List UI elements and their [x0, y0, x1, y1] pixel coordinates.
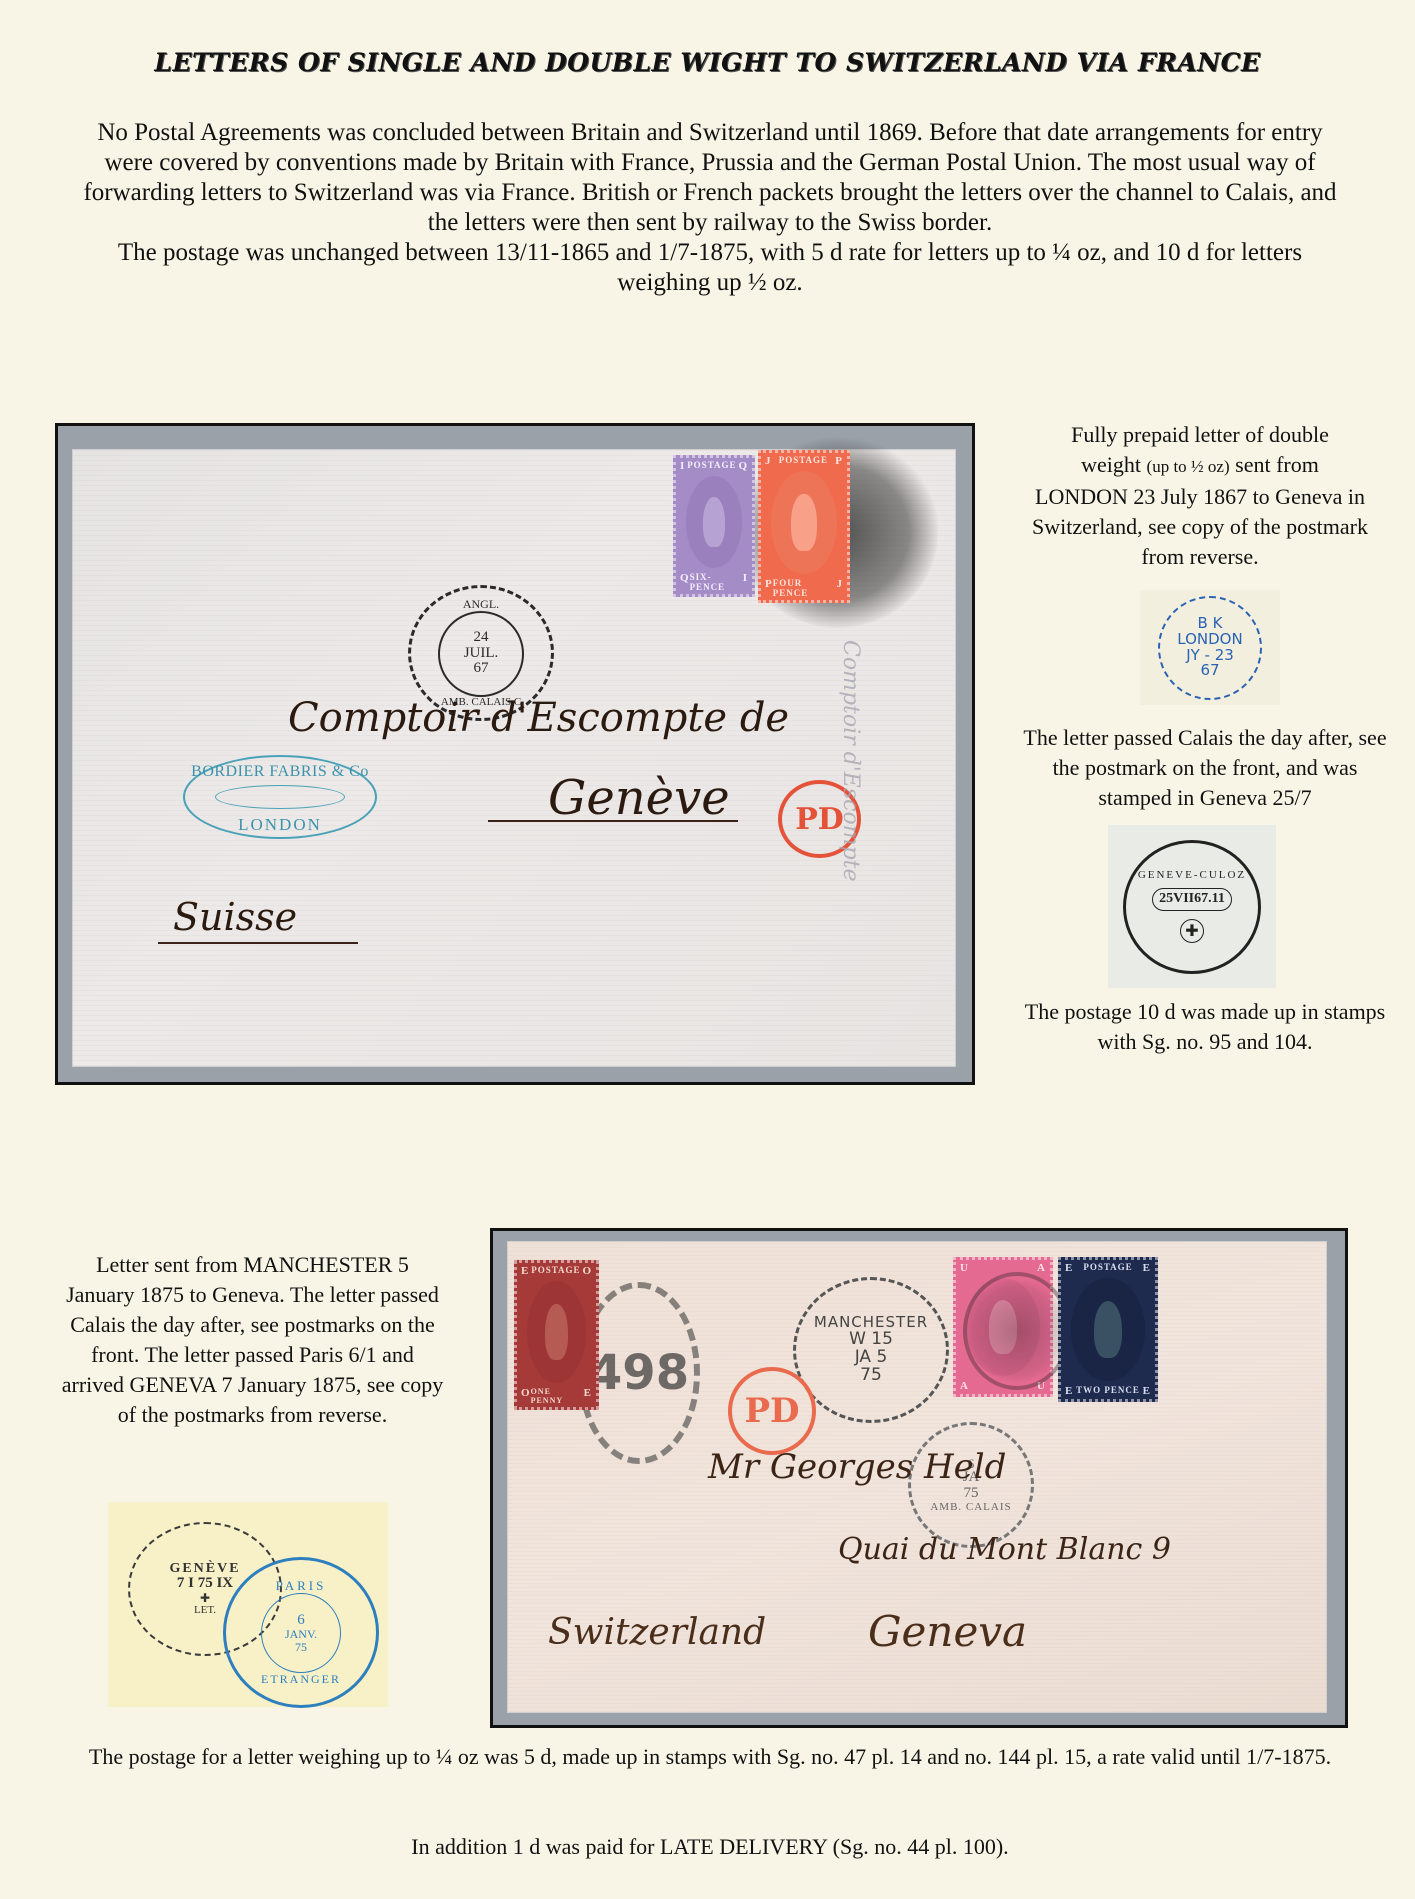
cover-2-postage-note: The postage for a letter weighing up to …	[80, 1742, 1340, 1772]
cover-1-envelope: IPOSTAGEQ QSIX-PENCEI JPOSTAGEP PFOUR PE…	[72, 449, 956, 1067]
intro-paragraph-2: The postage was unchanged between 13/11-…	[80, 238, 1340, 298]
stamp-one-penny-red: EPOSTAGEO OONE PENNYE	[514, 1260, 599, 1410]
stamp-two-pence-blue: EPOSTAGEE ETWO PENCEE	[1058, 1257, 1158, 1402]
queen-portrait-icon	[771, 471, 837, 574]
cover-2-description: Letter sent from MANCHESTER 5 January 18…	[60, 1250, 445, 1430]
late-delivery-note: In addition 1 d was paid for LATE DELIVE…	[80, 1832, 1340, 1862]
pencil-notes: Comptoir d'Escompte	[838, 640, 863, 882]
paris-etranger-postmark: PARIS 6 JANV. 75 ETRANGER	[223, 1557, 379, 1708]
queen-portrait-icon	[686, 476, 742, 568]
cover-1-description: Fully prepaid letter of double weight (u…	[1000, 420, 1400, 572]
queen-portrait-icon	[1071, 1278, 1145, 1381]
cover-2-street: Quai du Mont Blanc 9	[838, 1532, 1171, 1567]
country-underline	[158, 942, 358, 944]
sender-cachet: BORDIER FABRIS & Co LONDON	[183, 755, 377, 839]
swiss-cross-icon: ✚	[200, 1592, 210, 1605]
stamp-four-pence-vermilion: JPOSTAGEP PFOUR PENCEJ	[758, 450, 850, 603]
cover-2-addressee: Mr Georges Held	[708, 1447, 1006, 1487]
swiss-cross-icon: ✚	[1180, 919, 1204, 943]
cover-1-address-line-2: Genève	[548, 770, 730, 826]
cover-1-frame: IPOSTAGEQ QSIX-PENCEI JPOSTAGEP PFOUR PE…	[55, 423, 975, 1085]
address-underline	[488, 820, 738, 822]
stamp-six-pence-lilac: IPOSTAGEQ QSIX-PENCEI	[673, 455, 755, 597]
pd-mark: PD	[728, 1367, 816, 1455]
cover-2-city: Geneva	[868, 1607, 1027, 1656]
reverse-london-postmark-image: B K LONDON JY - 23 67	[1140, 590, 1280, 705]
rose-stamp-cancel	[963, 1272, 1071, 1390]
london-postmark: B K LONDON JY - 23 67	[1158, 596, 1262, 700]
cover-2-frame: 498 EPOSTAGEO OONE PENNYE MANCHESTER W 1…	[490, 1228, 1348, 1728]
cover-1-calais-note: The letter passed Calais the day after, …	[1005, 723, 1405, 813]
geneve-culoz-postmark: GENEVE-CULOZ 25VII67.11 ✚	[1123, 840, 1261, 974]
reverse-geneve-paris-postmarks-image: GENÈVE 7 I 75 IX ✚ LET. PARIS 6 JANV. 75…	[108, 1502, 388, 1707]
cover-1-address-line-1: Comptoir d'Escompte de	[288, 695, 789, 741]
cover-1-postage-note: The postage 10 d was made up in stamps w…	[1015, 997, 1395, 1057]
cover-2-envelope: 498 EPOSTAGEO OONE PENNYE MANCHESTER W 1…	[507, 1241, 1327, 1713]
queen-portrait-icon	[527, 1281, 586, 1383]
page-title: LETTERS OF SINGLE AND DOUBLE WIGHT TO SW…	[0, 48, 1415, 77]
manchester-postmark: MANCHESTER W 15 JA 5 75	[793, 1277, 949, 1423]
reverse-geneve-postmark-image: GENEVE-CULOZ 25VII67.11 ✚	[1108, 825, 1276, 988]
cover-1-country: Suisse	[173, 895, 297, 939]
intro-paragraph-1: No Postal Agreements was concluded betwe…	[80, 118, 1340, 238]
intro-text: No Postal Agreements was concluded betwe…	[80, 118, 1340, 298]
cover-2-country: Switzerland	[548, 1612, 766, 1653]
